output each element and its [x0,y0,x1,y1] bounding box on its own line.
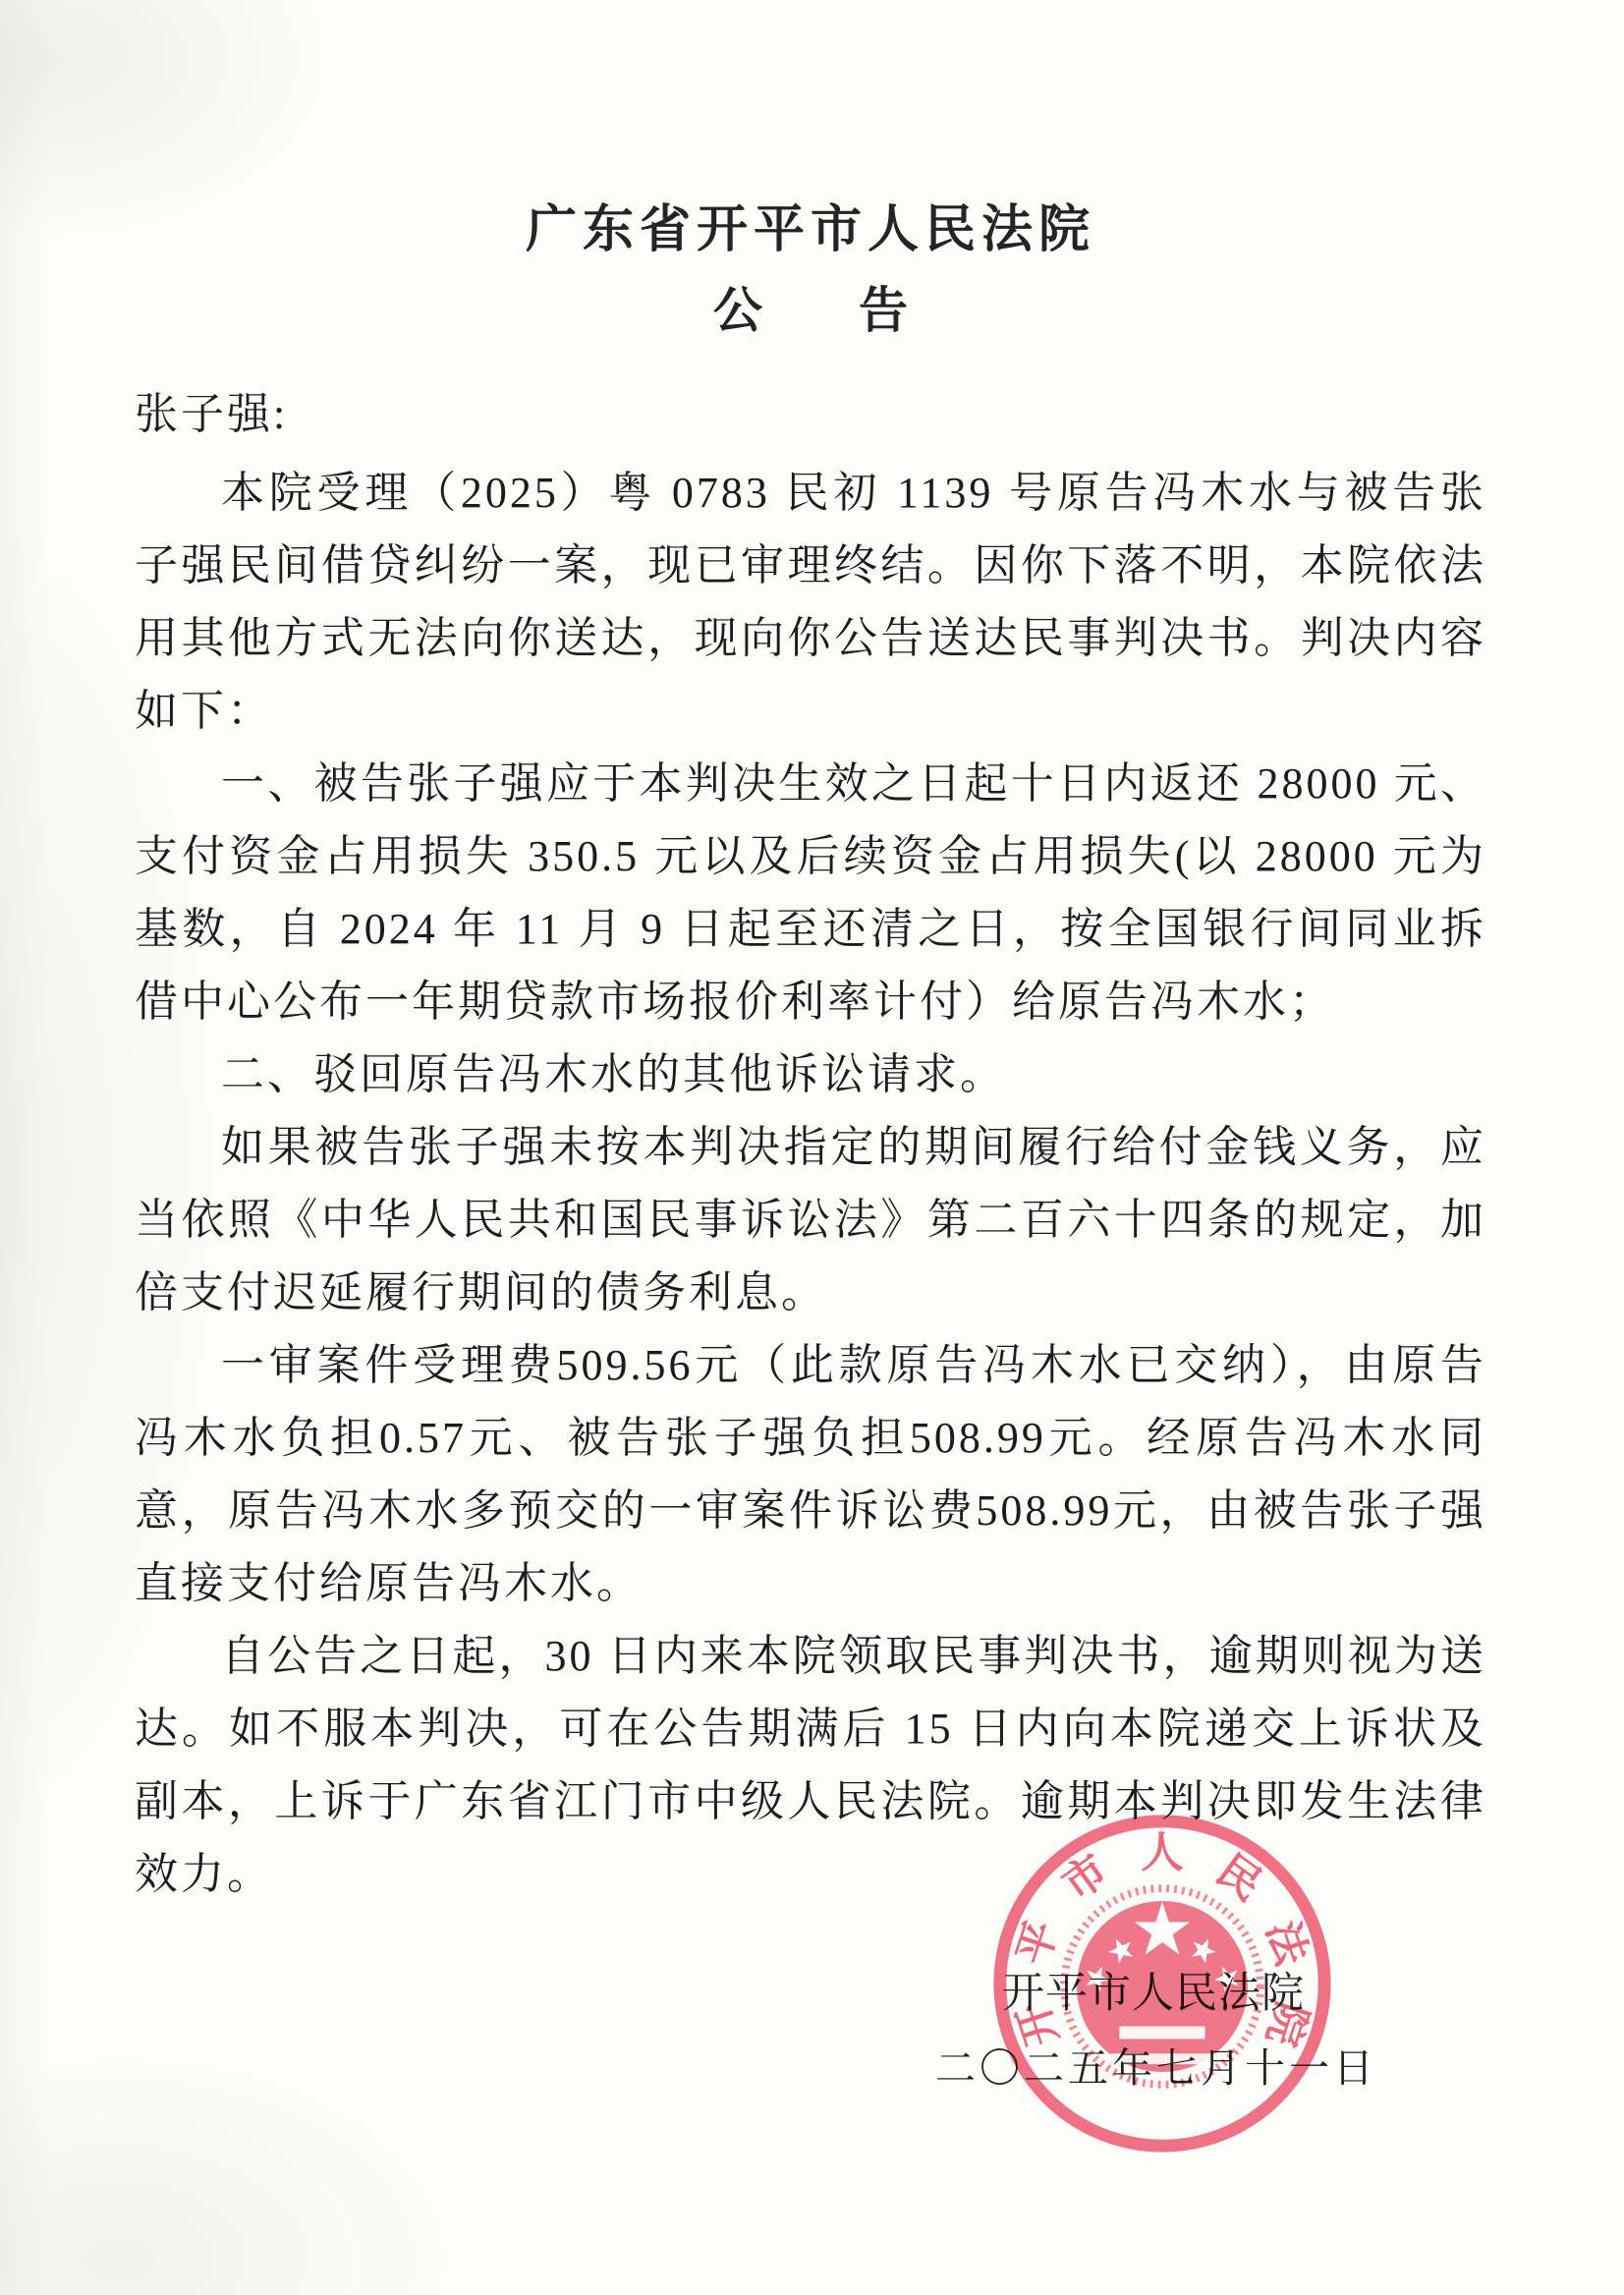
notice-title: 公 告 [135,282,1486,339]
body-text: 本院受理（2025）粤 0783 民初 1139 号原告冯木水与被告张子强民间借… [135,457,1486,1911]
document-content: 广东省开平市人民法院 公 告 张子强: 本院受理（2025）粤 0783 民初 … [135,199,1486,1911]
svg-text:人: 人 [1141,1829,1184,1876]
court-seal: 开平市人民法院 [987,1809,1337,2158]
court-announcement-page: 广东省开平市人民法院 公 告 张子强: 本院受理（2025）粤 0783 民初 … [0,0,1624,2295]
salutation: 张子强: [135,384,1486,445]
paragraph: 如果被告张子强未按本判决指定的期间履行给付金钱义务，应当依照《中华人民共和国民事… [135,1111,1486,1329]
paragraph: 一、被告张子强应于本判决生效之日起十日内返还 28000 元、支付资金占用损失 … [135,748,1486,1038]
court-title: 广东省开平市人民法院 [135,199,1486,260]
paragraph: 二、驳回原告冯木水的其他诉讼请求。 [135,1038,1486,1111]
paragraph: 本院受理（2025）粤 0783 民初 1139 号原告冯木水与被告张子强民间借… [135,457,1486,748]
national-emblem-icon [1077,1901,1248,2072]
paragraph: 一审案件受理费509.56元（此款原告冯木水已交纳），由原告冯木水负担0.57元… [135,1329,1486,1620]
